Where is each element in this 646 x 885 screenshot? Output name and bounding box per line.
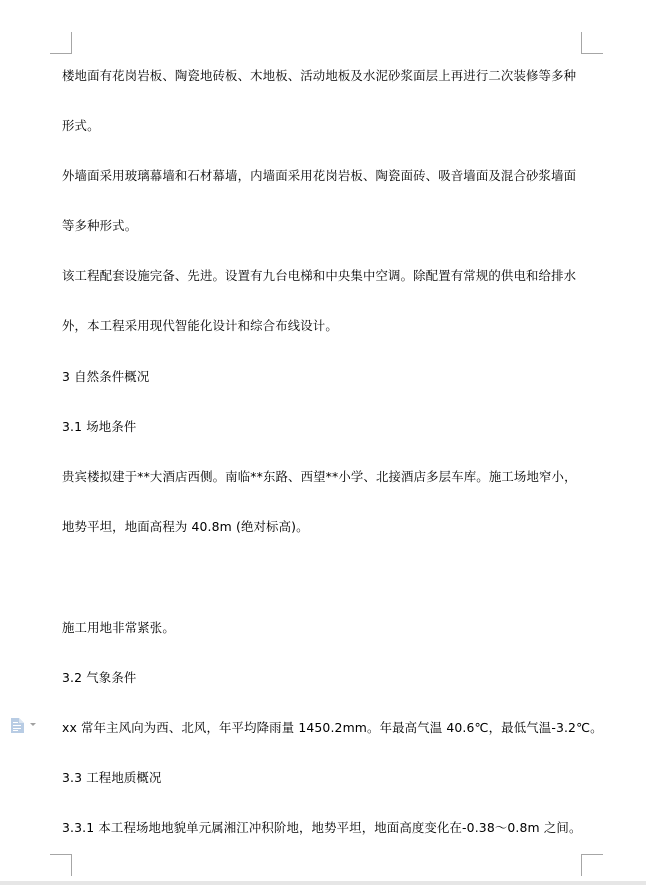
- text-line-geology[interactable]: 3.3.1 本工程场地地貌单元属湘江冲积阶地，地势平坦，地面高度变化在-0.38…: [62, 820, 592, 836]
- page-corner-mark-top-right: [581, 32, 603, 54]
- text-line-site-elevation[interactable]: 地势平坦，地面高程为 40.8m (绝对标高)。: [62, 519, 592, 535]
- text-line-site-location[interactable]: 贵宾楼拟建于**大酒店西侧。南临**东路、西望**小学、北接酒店多层车库。施工场…: [62, 469, 592, 485]
- heading-geology[interactable]: 3.3 工程地质概况: [62, 770, 592, 786]
- document-page: 楼地面有花岗岩板、陶瓷地砖板、木地板、活动地板及水泥砂浆面层上再进行二次装修等多…: [0, 0, 646, 881]
- text-line-wall-finishes[interactable]: 外墙面采用玻璃幕墙和石材幕墙，内墙面采用花岗岩板、陶瓷面砖、吸音墙面及混合砂浆墙…: [62, 168, 592, 184]
- text-line-facilities[interactable]: 该工程配套设施完备、先进。设置有九台电梯和中央集中空调。除配置有常规的供电和给排…: [62, 268, 592, 284]
- paragraph-marker-button[interactable]: [10, 718, 36, 734]
- text-line-facilities-cont[interactable]: 外，本工程采用现代智能化设计和综合布线设计。: [62, 318, 592, 334]
- text-line-weather[interactable]: xx 常年主风向为西、北风，年平均降雨量 1450.2mm。年最高气温 40.6…: [62, 720, 592, 736]
- chevron-down-icon: [30, 723, 36, 726]
- heading-weather-conditions[interactable]: 3.2 气象条件: [62, 670, 592, 686]
- page-corner-mark-bottom-right: [581, 854, 603, 876]
- heading-natural-conditions[interactable]: 3 自然条件概况: [62, 369, 592, 385]
- text-line-wall-finishes-cont[interactable]: 等多种形式。: [62, 218, 592, 234]
- page-corner-mark-bottom-left: [50, 854, 72, 876]
- heading-site-conditions[interactable]: 3.1 场地条件: [62, 419, 592, 435]
- text-line-floor-finishes[interactable]: 楼地面有花岗岩板、陶瓷地砖板、木地板、活动地板及水泥砂浆面层上再进行二次装修等多…: [62, 68, 592, 84]
- page-corner-mark-top-left: [50, 32, 72, 54]
- text-line-floor-finishes-cont[interactable]: 形式。: [62, 118, 592, 134]
- page-gap-band: [0, 881, 646, 885]
- paragraph-doc-icon: [11, 718, 24, 733]
- text-line-site-space[interactable]: 施工用地非常紧张。: [62, 620, 592, 636]
